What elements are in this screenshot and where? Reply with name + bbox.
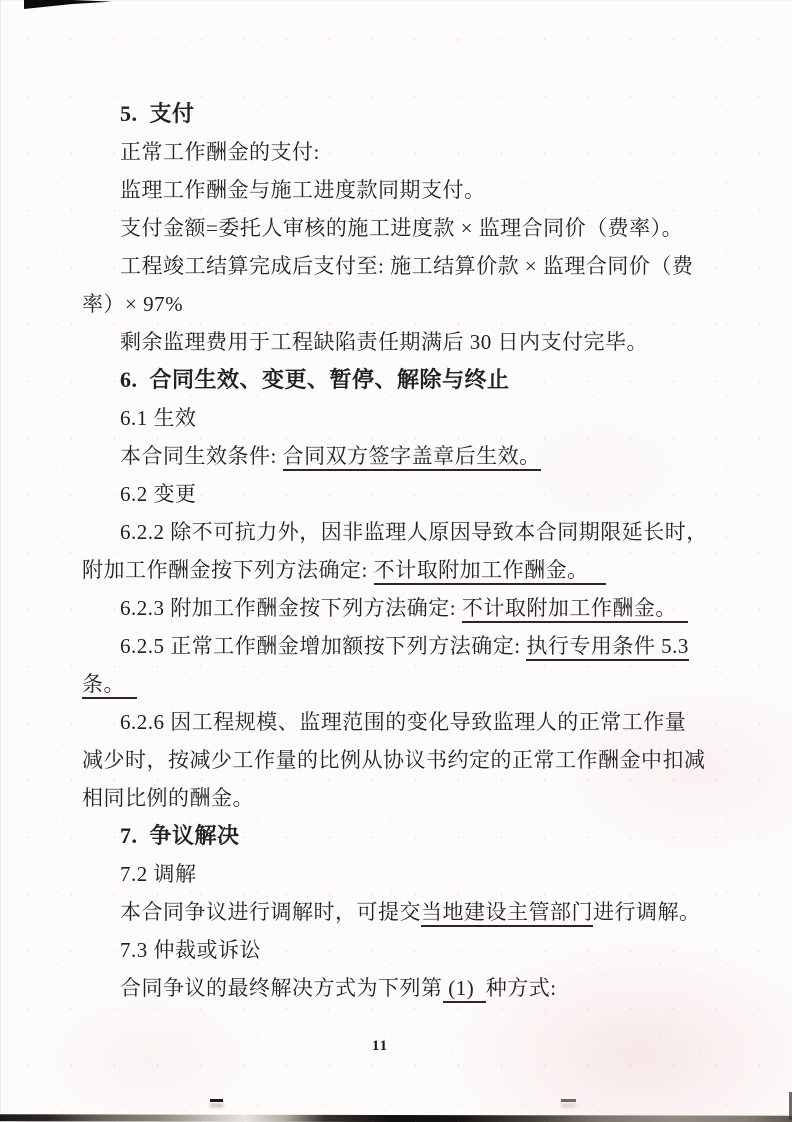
underlined-text: 不计取附加工作酬金。 [462,596,689,623]
underlined-text: 当地建设主管部门 [421,900,593,927]
page-number: 11 [0,1038,760,1055]
scan-corner-mark [24,0,112,9]
text-segment: 6.2.6 因工程规模、监理范围的变化导致监理人的正常工作量 [120,710,686,734]
scan-dash-mark-left [210,1099,223,1102]
text-segment: 支付金额=委托人审核的施工进度款 × 监理合同价（费率）。 [120,216,683,240]
text-segment: 种方式: [486,976,557,1000]
text-segment: 监理工作酬金与施工进度款同期支付。 [120,178,486,202]
text-line: 附加工作酬金按下列方法确定: 不计取附加工作酬金。 [82,551,730,589]
text-line: 正常工作酬金的支付: [82,133,730,171]
text-segment: 率）× 97% [82,292,183,316]
text-segment: 剩余监理费用于工程缺陷责任期满后 30 日内支付完毕。 [120,330,648,354]
underlined-text: 条。 [82,672,137,699]
text-line: 7.3 仲裁或诉讼 [82,931,730,969]
underlined-text: 不计取附加工作酬金。 [374,558,606,585]
text-line: 率）× 97% [82,285,730,323]
text-segment: 减少时，按减少工作量的比例从协议书约定的正常工作酬金中扣减 [82,748,706,772]
text-line: 6.2.5 正常工作酬金增加额按下列方法确定: 执行专用条件 5.3 [82,627,730,665]
text-line: 条。 [82,665,730,703]
text-line: 本合同争议进行调解时，可提交当地建设主管部门进行调解。 [82,893,730,931]
scanned-document-page: 5. 支付正常工作酬金的支付:监理工作酬金与施工进度款同期支付。支付金额=委托人… [0,0,792,1122]
text-segment: 7.2 调解 [120,862,197,886]
text-line: 监理工作酬金与施工进度款同期支付。 [82,171,730,209]
text-segment: 7.3 仲裁或诉讼 [120,938,261,962]
text-line: 减少时，按减少工作量的比例从协议书约定的正常工作酬金中扣减 [82,741,730,779]
text-segment: 6.1 生效 [120,406,197,430]
text-line: 相同比例的酬金。 [82,779,730,817]
text-segment: 7. 争议解决 [120,823,240,848]
heading-line: 7. 争议解决 [82,817,730,855]
text-line: 6.2.3 附加工作酬金按下列方法确定: 不计取附加工作酬金。 [82,589,730,627]
text-segment: 6.2.3 附加工作酬金按下列方法确定: [120,596,462,620]
text-line: 支付金额=委托人审核的施工进度款 × 监理合同价（费率）。 [82,209,730,247]
document-body: 5. 支付正常工作酬金的支付:监理工作酬金与施工进度款同期支付。支付金额=委托人… [82,95,730,1007]
text-segment: 本合同争议进行调解时，可提交 [120,900,421,924]
text-segment: 相同比例的酬金。 [82,786,254,810]
text-line: 7.2 调解 [82,855,730,893]
text-segment: 合同争议的最终解决方式为下列第 [120,976,443,1000]
scan-bottom-edge [0,1114,792,1122]
text-line: 工程竣工结算完成后支付至: 施工结算价款 × 监理合同价（费 [82,247,730,285]
text-segment: 5. 支付 [120,101,195,126]
text-line: 剩余监理费用于工程缺陷责任期满后 30 日内支付完毕。 [82,323,730,361]
text-segment: 附加工作酬金按下列方法确定: [82,558,374,582]
text-segment: 工程竣工结算完成后支付至: 施工结算价款 × 监理合同价（费 [120,254,693,278]
underlined-text: (1) [443,976,486,1003]
text-line: 6.2.6 因工程规模、监理范围的变化导致监理人的正常工作量 [82,703,730,741]
text-segment: 本合同生效条件: [120,444,283,468]
text-line: 6.2.2 除不可抗力外，因非监理人原因导致本合同期限延长时， [82,513,730,551]
underlined-text: 执行专用条件 5.3 [526,634,689,661]
scan-dash-mark-right [561,1099,576,1102]
heading-line: 6. 合同生效、变更、暂停、解除与终止 [82,361,730,399]
text-segment: 进行调解。 [593,900,701,924]
text-line: 6.1 生效 [82,399,730,437]
heading-line: 5. 支付 [82,95,730,133]
text-segment: 正常工作酬金的支付: [120,140,320,164]
text-line: 合同争议的最终解决方式为下列第 (1) 种方式: [82,969,730,1007]
text-line: 6.2 变更 [82,475,730,513]
text-segment: 6.2.2 除不可抗力外，因非监理人原因导致本合同期限延长时， [120,520,708,544]
text-line: 本合同生效条件: 合同双方签字盖章后生效。 [82,437,730,475]
underlined-text: 合同双方签字盖章后生效。 [283,444,541,471]
text-segment: 6.2.5 正常工作酬金增加额按下列方法确定: [120,634,526,658]
text-segment: 6. 合同生效、变更、暂停、解除与终止 [120,367,510,392]
text-segment: 6.2 变更 [120,482,197,506]
